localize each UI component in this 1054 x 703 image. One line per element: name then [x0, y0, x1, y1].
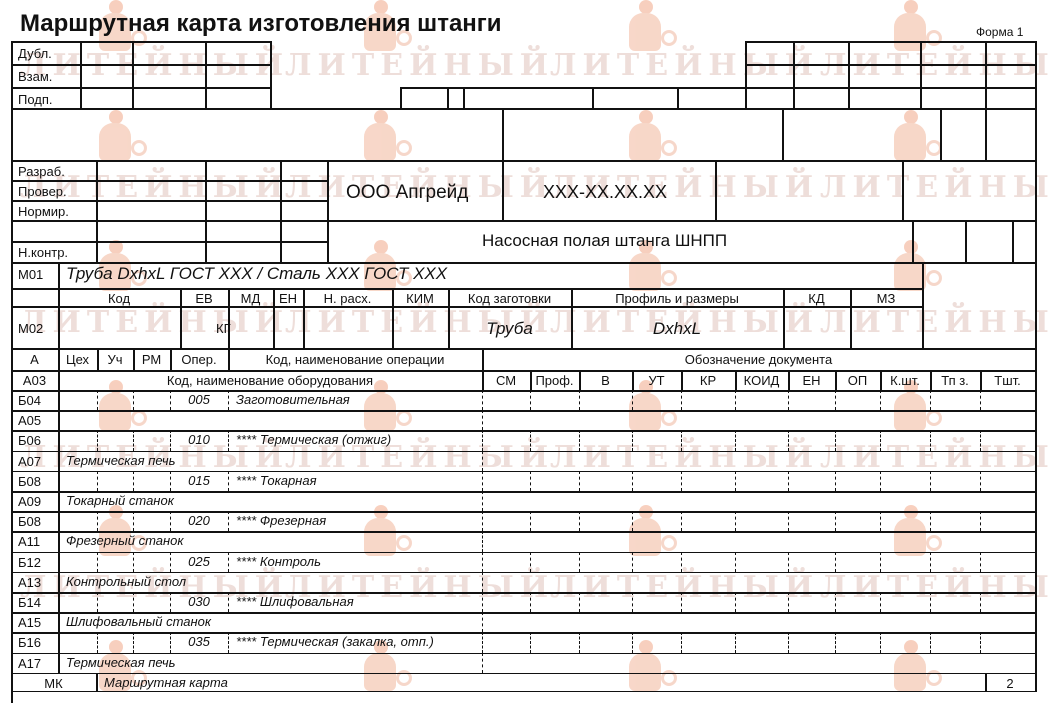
- dashed-divider: [228, 511, 229, 531]
- watermark-text: ЛИТЕЙНЫЙ: [820, 48, 1054, 83]
- grid-line: [920, 41, 922, 109]
- material-header: Код: [58, 292, 180, 305]
- material-header: Код заготовки: [448, 292, 571, 305]
- dashed-divider: [482, 471, 483, 491]
- dashed-divider: [681, 552, 682, 572]
- dashed-divider: [133, 592, 134, 612]
- material-header: ЕВ: [180, 292, 228, 305]
- grid-line: [327, 160, 329, 263]
- norm-header: ЕН: [788, 374, 835, 387]
- dashed-divider: [530, 632, 531, 652]
- operation-name: **** Фрезерная: [236, 514, 326, 527]
- dashed-divider: [980, 430, 981, 450]
- grid-line: [922, 262, 924, 349]
- operation-header: Уч: [97, 353, 133, 366]
- grid-line: [11, 632, 1036, 634]
- operation-name: **** Токарная: [236, 474, 317, 487]
- watermark-text: ЛИТЕЙНЫЙ: [550, 48, 819, 83]
- dashed-divider: [530, 471, 531, 491]
- dashed-divider: [133, 430, 134, 450]
- dashed-divider: [97, 511, 98, 531]
- watermark-text: ЛИТЕЙНЫЙ: [20, 305, 289, 340]
- document-header: Обозначение документа: [482, 353, 1035, 366]
- grid-line: [400, 87, 402, 109]
- dashed-divider: [530, 430, 531, 450]
- dashed-divider: [579, 552, 580, 572]
- operation-name: **** Контроль: [236, 555, 321, 568]
- grid-line: [11, 262, 13, 703]
- product-name: Насосная полая штанга ШНПП: [482, 232, 727, 249]
- blank-code-value: Труба: [448, 320, 571, 337]
- watermark-text: ЛИТЕЙНЫЙ: [285, 48, 554, 83]
- grid-line: [985, 41, 987, 109]
- grid-line: [745, 41, 747, 109]
- grid-line: [11, 511, 1036, 513]
- dashed-divider: [681, 390, 682, 410]
- signature-label: Провер.: [18, 185, 67, 198]
- dashed-divider: [788, 552, 789, 572]
- operation-number: 015: [170, 474, 228, 487]
- equipment-name: Термическая печь: [66, 454, 175, 467]
- dashed-divider: [228, 390, 229, 410]
- grid-line: [985, 108, 987, 161]
- watermark-text: ЛИТЕЙНЫЙ: [550, 440, 819, 475]
- row-code: А11: [18, 535, 40, 548]
- dashed-divider: [835, 390, 836, 410]
- grid-line: [11, 41, 13, 109]
- grid-line: [11, 108, 1036, 110]
- stamp-label: Подп.: [18, 93, 53, 106]
- dashed-divider: [735, 430, 736, 450]
- row-code: Б06: [18, 434, 41, 447]
- material-header: Профиль и размеры: [571, 292, 783, 305]
- grid-line: [940, 108, 942, 161]
- dashed-divider: [97, 592, 98, 612]
- dashed-divider: [930, 471, 931, 491]
- material-header: КИМ: [392, 292, 448, 305]
- row-code: А07: [18, 455, 41, 468]
- stamp-label: Дубл.: [18, 47, 52, 60]
- dashed-divider: [930, 632, 931, 652]
- material-header: МД: [228, 292, 273, 305]
- grid-line: [58, 390, 60, 411]
- grid-line: [58, 592, 60, 613]
- grid-line: [1035, 262, 1037, 691]
- page-number: 2: [985, 677, 1035, 690]
- grid-line: [793, 41, 795, 109]
- grid-line: [11, 348, 1036, 350]
- dashed-divider: [632, 552, 633, 572]
- norm-header: УТ: [632, 374, 681, 387]
- norm-header: В: [579, 374, 632, 387]
- grid-line: [745, 64, 1036, 66]
- grid-line: [502, 160, 504, 221]
- dashed-divider: [681, 592, 682, 612]
- equipment-name: Термическая печь: [66, 656, 175, 669]
- norm-header: КОИД: [735, 374, 788, 387]
- grid-line: [58, 471, 60, 492]
- foundry-worker-icon: [625, 0, 671, 56]
- grid-line: [400, 87, 1036, 89]
- dashed-divider: [133, 552, 134, 572]
- dashed-divider: [880, 430, 881, 450]
- dashed-divider: [735, 552, 736, 572]
- operation-name: **** Термическая (отжиг): [236, 433, 391, 446]
- dashed-divider: [133, 632, 134, 652]
- watermark-text: ЛИТЕЙНЫЙ: [550, 570, 819, 605]
- dashed-divider: [228, 592, 229, 612]
- foundry-worker-icon: [95, 380, 141, 436]
- dashed-divider: [530, 552, 531, 572]
- material-header: ЕН: [273, 292, 303, 305]
- grid-line: [912, 220, 914, 263]
- dashed-divider: [530, 390, 531, 410]
- norm-header: ОП: [835, 374, 880, 387]
- grid-line: [447, 87, 449, 109]
- grid-line: [11, 471, 1036, 473]
- foundry-worker-icon: [95, 110, 141, 166]
- row-code: Б08: [18, 475, 41, 488]
- dashed-divider: [880, 592, 881, 612]
- grid-line: [11, 451, 1036, 453]
- dashed-divider: [97, 552, 98, 572]
- operation-number: 035: [170, 635, 228, 648]
- document-code: XXX-XX.XX.XX: [543, 183, 667, 201]
- dashed-divider: [788, 471, 789, 491]
- footer-name: Маршрутная карта: [104, 676, 228, 689]
- grid-line: [132, 41, 134, 109]
- dashed-divider: [880, 632, 881, 652]
- operation-name: Заготовительная: [236, 393, 350, 406]
- grid-line: [280, 160, 282, 263]
- dashed-divider: [632, 390, 633, 410]
- watermark-text: ЛИТЕЙНЫЙ: [820, 440, 1054, 475]
- dashed-divider: [482, 511, 483, 531]
- dashed-divider: [530, 592, 531, 612]
- row-code: М02: [18, 322, 43, 335]
- operation-number: 020: [170, 514, 228, 527]
- grid-line: [58, 531, 60, 552]
- grid-line: [677, 87, 679, 109]
- watermark-text: ЛИТЕЙНЫЙ: [820, 305, 1054, 340]
- dashed-divider: [133, 390, 134, 410]
- grid-line: [11, 41, 271, 43]
- grid-line: [1035, 41, 1037, 109]
- dashed-divider: [735, 632, 736, 652]
- dashed-divider: [788, 511, 789, 531]
- dashed-divider: [930, 592, 931, 612]
- grid-line: [58, 572, 60, 593]
- grid-line: [96, 673, 98, 692]
- dashed-divider: [788, 390, 789, 410]
- norm-header: КР: [681, 374, 735, 387]
- operation-name: **** Термическая (закалка, отп.): [236, 635, 434, 648]
- row-code: Б12: [18, 556, 41, 569]
- dashed-divider: [980, 592, 981, 612]
- grid-line: [58, 451, 60, 472]
- stamp-label: Взам.: [18, 70, 52, 83]
- operation-name: **** Шлифовальная: [236, 595, 354, 608]
- dashed-divider: [632, 471, 633, 491]
- dashed-divider: [735, 390, 736, 410]
- dashed-divider: [482, 592, 483, 612]
- grid-line: [11, 552, 1036, 554]
- grid-line: [80, 41, 82, 109]
- operation-number: 010: [170, 433, 228, 446]
- row-code: Б04: [18, 394, 41, 407]
- dashed-divider: [735, 471, 736, 491]
- equipment-name: Шлифовальный станок: [66, 615, 211, 628]
- dashed-divider: [579, 511, 580, 531]
- signature-label: Н.контр.: [18, 246, 68, 259]
- dashed-divider: [980, 390, 981, 410]
- norm-header: Проф.: [530, 374, 579, 387]
- grid-line: [502, 108, 504, 161]
- dashed-divider: [579, 632, 580, 652]
- foundry-worker-icon: [360, 380, 406, 436]
- dashed-divider: [228, 430, 229, 450]
- grid-line: [58, 491, 60, 512]
- dashed-divider: [228, 552, 229, 572]
- material-header: Н. расх.: [303, 292, 392, 305]
- dashed-divider: [579, 471, 580, 491]
- grid-line: [58, 612, 60, 633]
- foundry-worker-icon: [890, 0, 936, 56]
- dashed-divider: [980, 471, 981, 491]
- grid-line: [11, 87, 271, 89]
- signature-label: Разраб.: [18, 165, 65, 178]
- row-code: Б08: [18, 515, 41, 528]
- footer-code: МК: [11, 677, 96, 690]
- grid-line: [58, 410, 60, 431]
- grid-line: [205, 160, 207, 263]
- dashed-divider: [482, 552, 483, 572]
- dashed-divider: [133, 511, 134, 531]
- dashed-divider: [681, 430, 682, 450]
- grid-line: [11, 592, 1036, 594]
- dashed-divider: [632, 632, 633, 652]
- row-code: А03: [11, 374, 58, 387]
- grid-line: [902, 160, 904, 221]
- dashed-divider: [482, 410, 483, 430]
- dashed-divider: [228, 632, 229, 652]
- grid-line: [1035, 673, 1037, 692]
- material-text: Труба DxhxL ГОСТ XXX / Сталь XXX ГОСТ XX…: [66, 265, 447, 282]
- unit-value: КГ: [216, 322, 231, 335]
- operation-header: Опер.: [170, 353, 228, 366]
- row-code: А17: [18, 657, 41, 670]
- row-code: Б16: [18, 636, 41, 649]
- grid-line: [848, 41, 850, 109]
- dashed-divider: [632, 430, 633, 450]
- grid-line: [11, 370, 1036, 372]
- dashed-divider: [482, 632, 483, 652]
- dashed-divider: [97, 471, 98, 491]
- grid-line: [11, 64, 271, 66]
- material-header: МЗ: [850, 292, 922, 305]
- dashed-divider: [880, 552, 881, 572]
- dashed-divider: [835, 511, 836, 531]
- norm-header: СМ: [482, 374, 530, 387]
- operation-number: 030: [170, 595, 228, 608]
- grid-line: [715, 160, 717, 221]
- operation-header: Код, наименование операции: [228, 353, 482, 366]
- grid-line: [592, 87, 594, 109]
- dashed-divider: [681, 511, 682, 531]
- grid-line: [1035, 370, 1037, 391]
- norm-header: Тп з.: [930, 374, 980, 387]
- dashed-divider: [835, 471, 836, 491]
- equipment-name: Фрезерный станок: [66, 534, 184, 547]
- grid-line: [11, 691, 1036, 693]
- grid-line: [270, 41, 272, 109]
- watermark-text: ЛИТЕЙНЫЙ: [820, 170, 1054, 205]
- dashed-divider: [980, 552, 981, 572]
- dashed-divider: [681, 471, 682, 491]
- dashed-divider: [632, 511, 633, 531]
- profile-value: DxhxL: [571, 320, 783, 337]
- grid-line: [745, 41, 1036, 43]
- dashed-divider: [980, 632, 981, 652]
- grid-line: [11, 288, 923, 290]
- dashed-divider: [632, 592, 633, 612]
- operation-number: 005: [170, 393, 228, 406]
- grid-line: [96, 160, 98, 263]
- dashed-divider: [835, 632, 836, 652]
- grid-line: [11, 390, 1036, 392]
- dashed-divider: [880, 390, 881, 410]
- foundry-worker-icon: [890, 110, 936, 166]
- equipment-name: Контрольный стол: [66, 575, 186, 588]
- row-code: А13: [18, 576, 41, 589]
- dashed-divider: [482, 430, 483, 450]
- grid-line: [1035, 108, 1037, 273]
- norm-header: Тшт.: [980, 374, 1035, 387]
- foundry-worker-icon: [360, 110, 406, 166]
- dashed-divider: [788, 592, 789, 612]
- grid-line: [58, 511, 60, 532]
- dashed-divider: [788, 632, 789, 652]
- grid-line: [58, 632, 60, 653]
- operation-header: А: [11, 353, 58, 366]
- grid-line: [463, 87, 465, 109]
- dashed-divider: [835, 552, 836, 572]
- dashed-divider: [880, 511, 881, 531]
- dashed-divider: [97, 632, 98, 652]
- dashed-divider: [835, 592, 836, 612]
- row-code: А09: [18, 495, 41, 508]
- grid-line: [327, 220, 1036, 222]
- watermark-text: ЛИТЕЙНЫЙ: [820, 570, 1054, 605]
- watermark-text: ЛИТЕЙНЫЙ: [20, 48, 289, 83]
- dashed-divider: [880, 471, 881, 491]
- dashed-divider: [482, 491, 483, 511]
- grid-line: [965, 220, 967, 263]
- material-header: КД: [783, 292, 850, 305]
- dashed-divider: [930, 511, 931, 531]
- grid-line: [58, 262, 60, 289]
- row-code: М01: [18, 268, 43, 281]
- grid-line: [11, 430, 1036, 432]
- grid-line: [205, 41, 207, 109]
- operation-header: РМ: [133, 353, 170, 366]
- dashed-divider: [133, 471, 134, 491]
- grid-line: [58, 552, 60, 573]
- dashed-divider: [228, 471, 229, 491]
- norm-header: К.шт.: [880, 374, 930, 387]
- page-title: Маршрутная карта изготовления штанги: [20, 12, 502, 36]
- grid-line: [11, 410, 1036, 412]
- equipment-header: Код, наименование оборудования: [58, 374, 482, 387]
- grid-line: [782, 108, 784, 161]
- dashed-divider: [482, 653, 483, 673]
- dashed-divider: [835, 430, 836, 450]
- grid-line: [11, 653, 1036, 655]
- dashed-divider: [482, 572, 483, 592]
- dashed-divider: [788, 430, 789, 450]
- dashed-divider: [930, 552, 931, 572]
- dashed-divider: [482, 612, 483, 632]
- dashed-divider: [930, 430, 931, 450]
- dashed-divider: [97, 390, 98, 410]
- dashed-divider: [482, 390, 483, 410]
- grid-line: [1012, 220, 1014, 263]
- dashed-divider: [482, 451, 483, 471]
- form-label: Форма 1: [976, 26, 1023, 38]
- dashed-divider: [735, 511, 736, 531]
- operation-header: Цех: [58, 353, 97, 366]
- equipment-name: Токарный станок: [66, 494, 174, 507]
- grid-line: [11, 108, 13, 273]
- dashed-divider: [530, 511, 531, 531]
- operation-number: 025: [170, 555, 228, 568]
- row-code: Б14: [18, 596, 41, 609]
- dashed-divider: [980, 511, 981, 531]
- dashed-divider: [97, 430, 98, 450]
- dashed-divider: [735, 592, 736, 612]
- dashed-divider: [579, 430, 580, 450]
- foundry-worker-icon: [625, 110, 671, 166]
- grid-line: [11, 306, 923, 308]
- dashed-divider: [681, 632, 682, 652]
- dashed-divider: [579, 592, 580, 612]
- dashed-divider: [482, 531, 483, 551]
- row-code: А05: [18, 414, 41, 427]
- dashed-divider: [930, 390, 931, 410]
- grid-line: [58, 653, 60, 674]
- row-code: А15: [18, 616, 41, 629]
- grid-line: [58, 430, 60, 451]
- dashed-divider: [579, 390, 580, 410]
- company-name: ООО Апгрейд: [346, 183, 468, 202]
- signature-label: Нормир.: [18, 205, 69, 218]
